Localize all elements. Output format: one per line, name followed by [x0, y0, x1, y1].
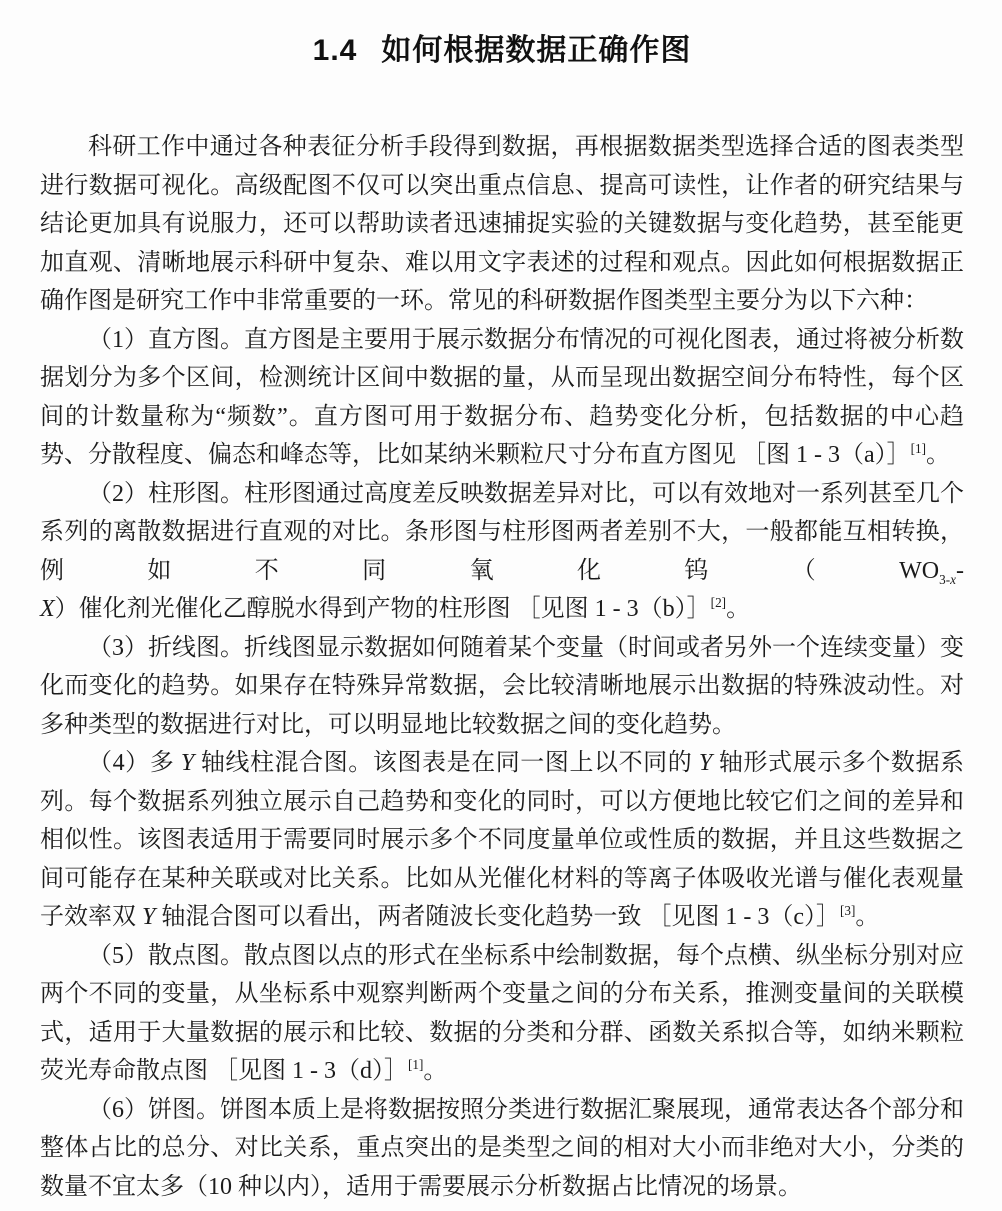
text-run: 。 [726, 596, 750, 622]
section-title-text: 如何根据数据正确作图 [381, 34, 691, 67]
text-run: [2] [711, 595, 726, 610]
body-text: 科研工作中通过各种表征分析手段得到数据，再根据数据类型选择合适的图表类型进行数据… [40, 128, 964, 1206]
item-1-histogram-paragraph: （1）直方图。直方图是主要用于展示数据分布情况的可视化图表，通过将被分析数据划分… [40, 321, 964, 475]
text-run: Y [699, 750, 712, 776]
text-run: 轴混合图可以看出，两者随波长变化趋势一致 ［见图 1 - 3（c）］ [155, 904, 840, 930]
text-run: （6）饼图。饼图本质上是将数据按照分类进行数据汇聚展现，通常表达各个部分和整体占… [40, 1097, 964, 1200]
text-run: ）催化剂光催化乙醇脱水得到产物的柱形图 ［见图 1 - 3（b）］ [55, 596, 711, 622]
item-6-pie-paragraph: （6）饼图。饼图本质上是将数据按照分类进行数据汇聚展现，通常表达各个部分和整体占… [40, 1091, 964, 1207]
item-5-scatter-paragraph: （5）散点图。散点图以点的形式在坐标系中绘制数据，每个点横、纵坐标分别对应两个不… [40, 937, 964, 1091]
text-run: 。 [926, 442, 950, 468]
text-run: Y [142, 904, 155, 930]
text-run: [3] [840, 903, 855, 918]
item-2-bar-chart-paragraph: （2）柱形图。柱形图通过高度差反映数据差异对比，可以有效地对一系列甚至几个系列的… [40, 475, 964, 629]
text-run: [1] [911, 441, 926, 456]
text-run: - [956, 558, 964, 584]
text-run: 轴形式展示多个数据系列。每个数据系列独立展示自己趋势和变化的同时，可以方便地比较… [40, 750, 964, 930]
text-run: （5）散点图。散点图以点的形式在坐标系中绘制数据，每个点横、纵坐标分别对应两个不… [40, 943, 964, 1085]
text-run: 轴线柱混合图。该图表是在同一图上以不同的 [194, 750, 699, 776]
text-run: Y [181, 750, 194, 776]
intro-paragraph: 科研工作中通过各种表征分析手段得到数据，再根据数据类型选择合适的图表类型进行数据… [40, 128, 964, 321]
text-run: 。 [423, 1058, 447, 1084]
text-run: 科研工作中通过各种表征分析手段得到数据，再根据数据类型选择合适的图表类型进行数据… [40, 134, 964, 314]
text-run: [1] [408, 1057, 423, 1072]
text-run: （3）折线图。折线图显示数据如何随着某个变量（时间或者另外一个连续变量）变化而变… [40, 635, 964, 738]
text-run: （2）柱形图。柱形图通过高度差反映数据差异对比，可以有效地对一系列甚至几个系列的… [40, 481, 964, 584]
text-run: （1）直方图。直方图是主要用于展示数据分布情况的可视化图表，通过将被分析数据划分… [40, 327, 964, 469]
item-3-line-chart-paragraph: （3）折线图。折线图显示数据如何随着某个变量（时间或者另外一个连续变量）变化而变… [40, 629, 964, 745]
text-run: X [40, 596, 55, 622]
item-4-multi-y-axis-paragraph: （4）多 Y 轴线柱混合图。该图表是在同一图上以不同的 Y 轴形式展示多个数据系… [40, 744, 964, 937]
document-page: 1.4如何根据数据正确作图 科研工作中通过各种表征分析手段得到数据，再根据数据类… [0, 0, 1002, 1211]
page-title: 1.4如何根据数据正确作图 [40, 30, 964, 72]
text-run: 3- [939, 571, 950, 586]
section-number: 1.4 [313, 34, 358, 67]
text-run: 。 [855, 904, 879, 930]
text-run: （4）多 [88, 750, 181, 776]
